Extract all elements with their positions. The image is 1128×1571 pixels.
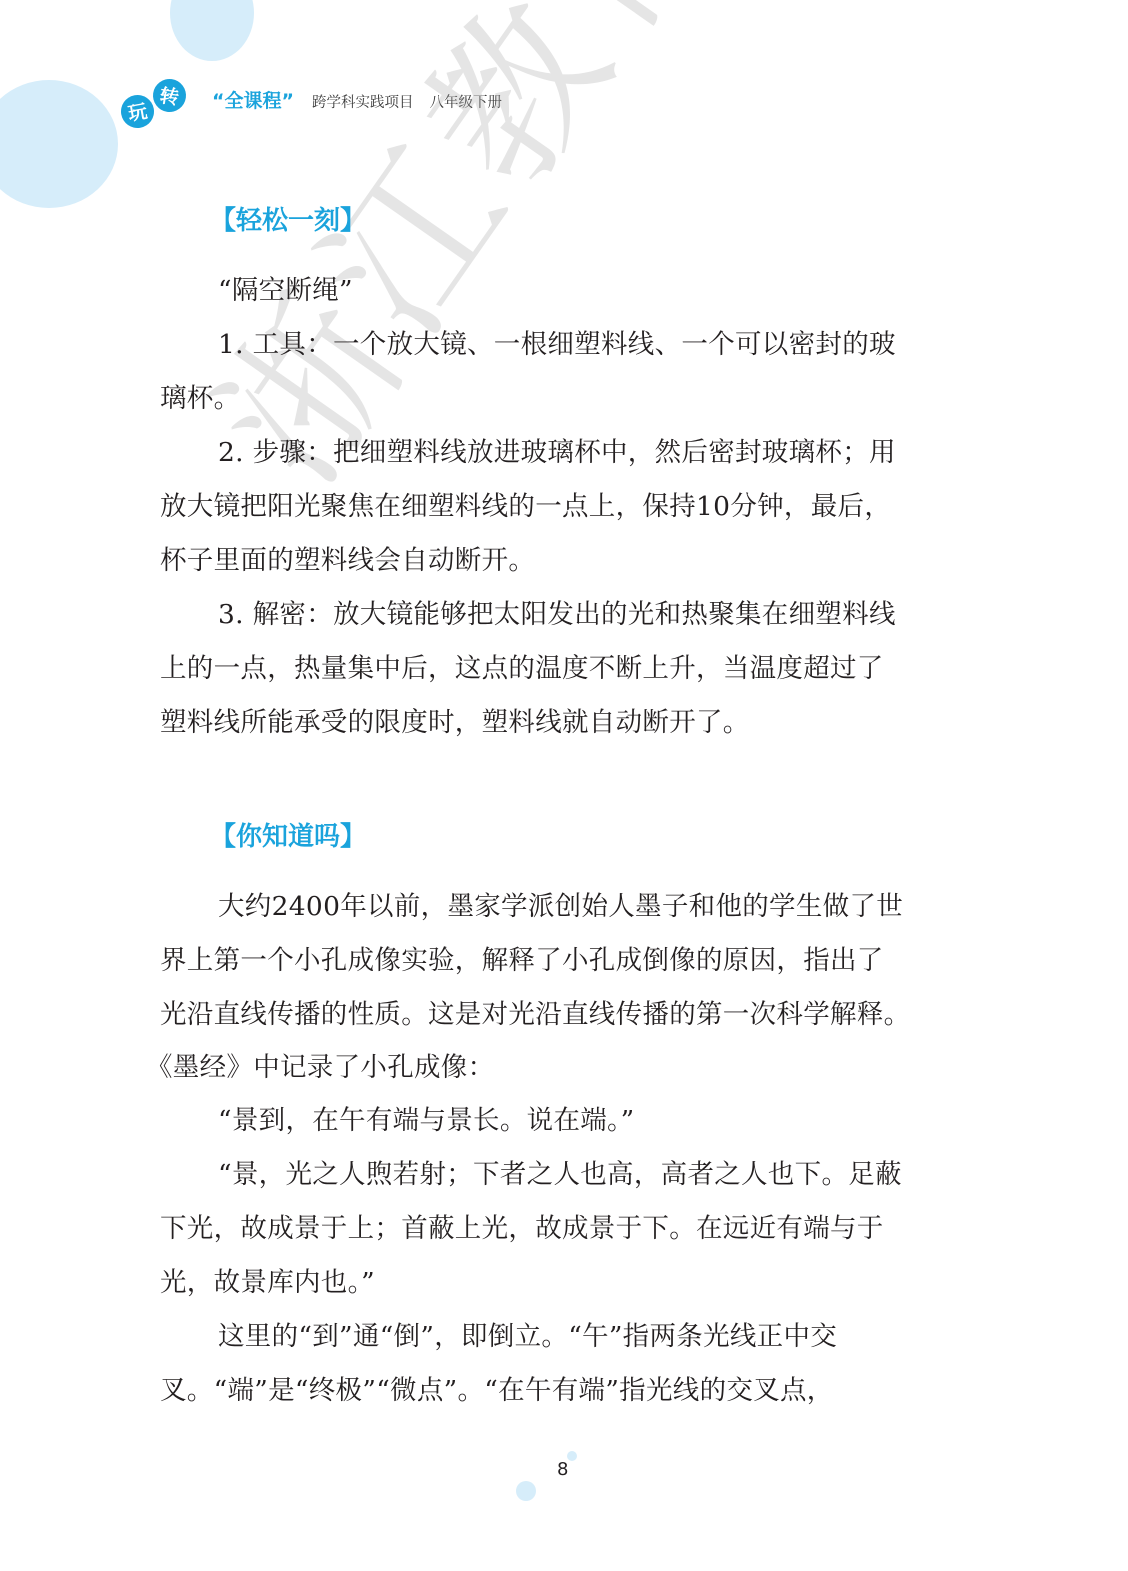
paragraph-line: 界上第一个小孔成像实验，解释了小孔成倒像的原因，指出了	[160, 938, 884, 977]
decorative-dot-large	[516, 1481, 536, 1501]
decorative-circle-left	[0, 80, 118, 208]
header-brand: “全课程”	[212, 86, 294, 113]
paragraph-line: 塑料线所能承受的限度时，塑料线就自动断开了。	[160, 700, 750, 739]
header-subtitle: 跨学科实践项目	[312, 91, 414, 112]
decorative-circle-top	[170, 0, 254, 61]
paragraph-line: 《墨经》中记录了小孔成像：	[146, 1045, 494, 1084]
logo-zhuan-icon: 转	[151, 77, 188, 114]
page-number: 8	[557, 1459, 568, 1480]
paragraph-line: 上的一点，热量集中后，这点的温度不断上升，当温度超过了	[160, 646, 884, 685]
section-title-relax: 【轻松一刻】	[210, 200, 366, 237]
paragraph-line: 3. 解密：放大镜能够把太阳发出的光和热聚集在细塑料线	[218, 592, 896, 631]
quote-line: “景，光之人煦若射；下者之人也高，高者之人也下。足蔽	[218, 1152, 902, 1191]
paragraph-line: 2. 步骤：把细塑料线放进玻璃杯中，然后密封玻璃杯；用	[218, 430, 896, 469]
section-title-did-you-know: 【你知道吗】	[210, 816, 366, 853]
paragraph-line: 放大镜把阳光聚焦在细塑料线的一点上，保持10分钟，最后，	[160, 484, 891, 523]
paragraph-line: 璃杯。	[160, 376, 240, 415]
paragraph-line: 大约2400年以前，墨家学派创始人墨子和他的学生做了世	[218, 884, 903, 923]
running-header: “全课程” 跨学科实践项目 八年级下册	[212, 86, 502, 113]
logo-wan-icon: 玩	[118, 92, 156, 130]
paragraph-line: 光沿直线传播的性质。这是对光沿直线传播的第一次科学解释。	[160, 992, 910, 1031]
quote-line: 光，故景库内也。”	[160, 1260, 375, 1299]
decorative-dot-small	[567, 1451, 577, 1461]
header-grade: 八年级下册	[429, 91, 502, 112]
paragraph-line: 叉。“端”是“终极”“微点”。“在午有端”指光线的交叉点，	[160, 1368, 834, 1407]
paragraph-line: 杯子里面的塑料线会自动断开。	[160, 538, 535, 577]
activity-title: “隔空断绳”	[218, 268, 353, 307]
paragraph-line: 1. 工具：一个放大镜、一根细塑料线、一个可以密封的玻	[218, 322, 896, 361]
quote-line: 下光，故成景于上；首蔽上光，故成景于下。在远近有端与于	[160, 1206, 884, 1245]
quote-line: “景到，在午有端与景长。说在端。”	[218, 1098, 634, 1137]
paragraph-line: 这里的“到”通“倒”，即倒立。“午”指两条光线正中交	[218, 1314, 837, 1353]
